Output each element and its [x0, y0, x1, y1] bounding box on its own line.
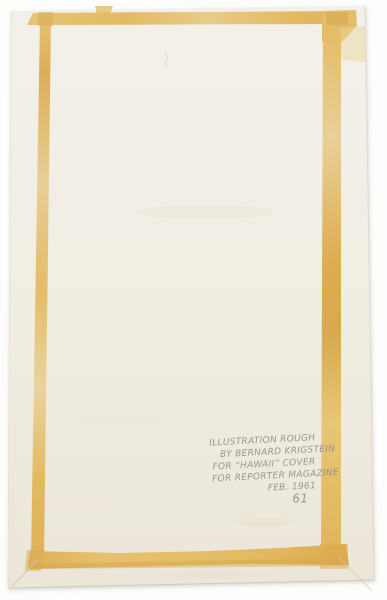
tape-strip-top	[27, 11, 356, 25]
tape-tab-top	[95, 6, 113, 14]
stain	[150, 571, 270, 579]
verso-photo-rendering	[0, 0, 387, 600]
photo-of-artwork-verso: ILLUSTRATION ROUGH BY BERNARD KRIGSTEIN …	[0, 0, 387, 600]
tape-corner-top-right-dark	[326, 12, 348, 25]
stain	[237, 517, 293, 527]
inscription-year-number: 61	[292, 492, 346, 507]
tape-corner-top-left	[38, 12, 53, 26]
handwritten-inscription: ILLUSTRATION ROUGH BY BERNARD KRIGSTEIN …	[203, 431, 347, 512]
stain	[135, 205, 275, 219]
stain	[80, 415, 160, 425]
tape-corner-bottom-right	[320, 544, 348, 569]
tape-remnant-top-right	[340, 26, 366, 62]
